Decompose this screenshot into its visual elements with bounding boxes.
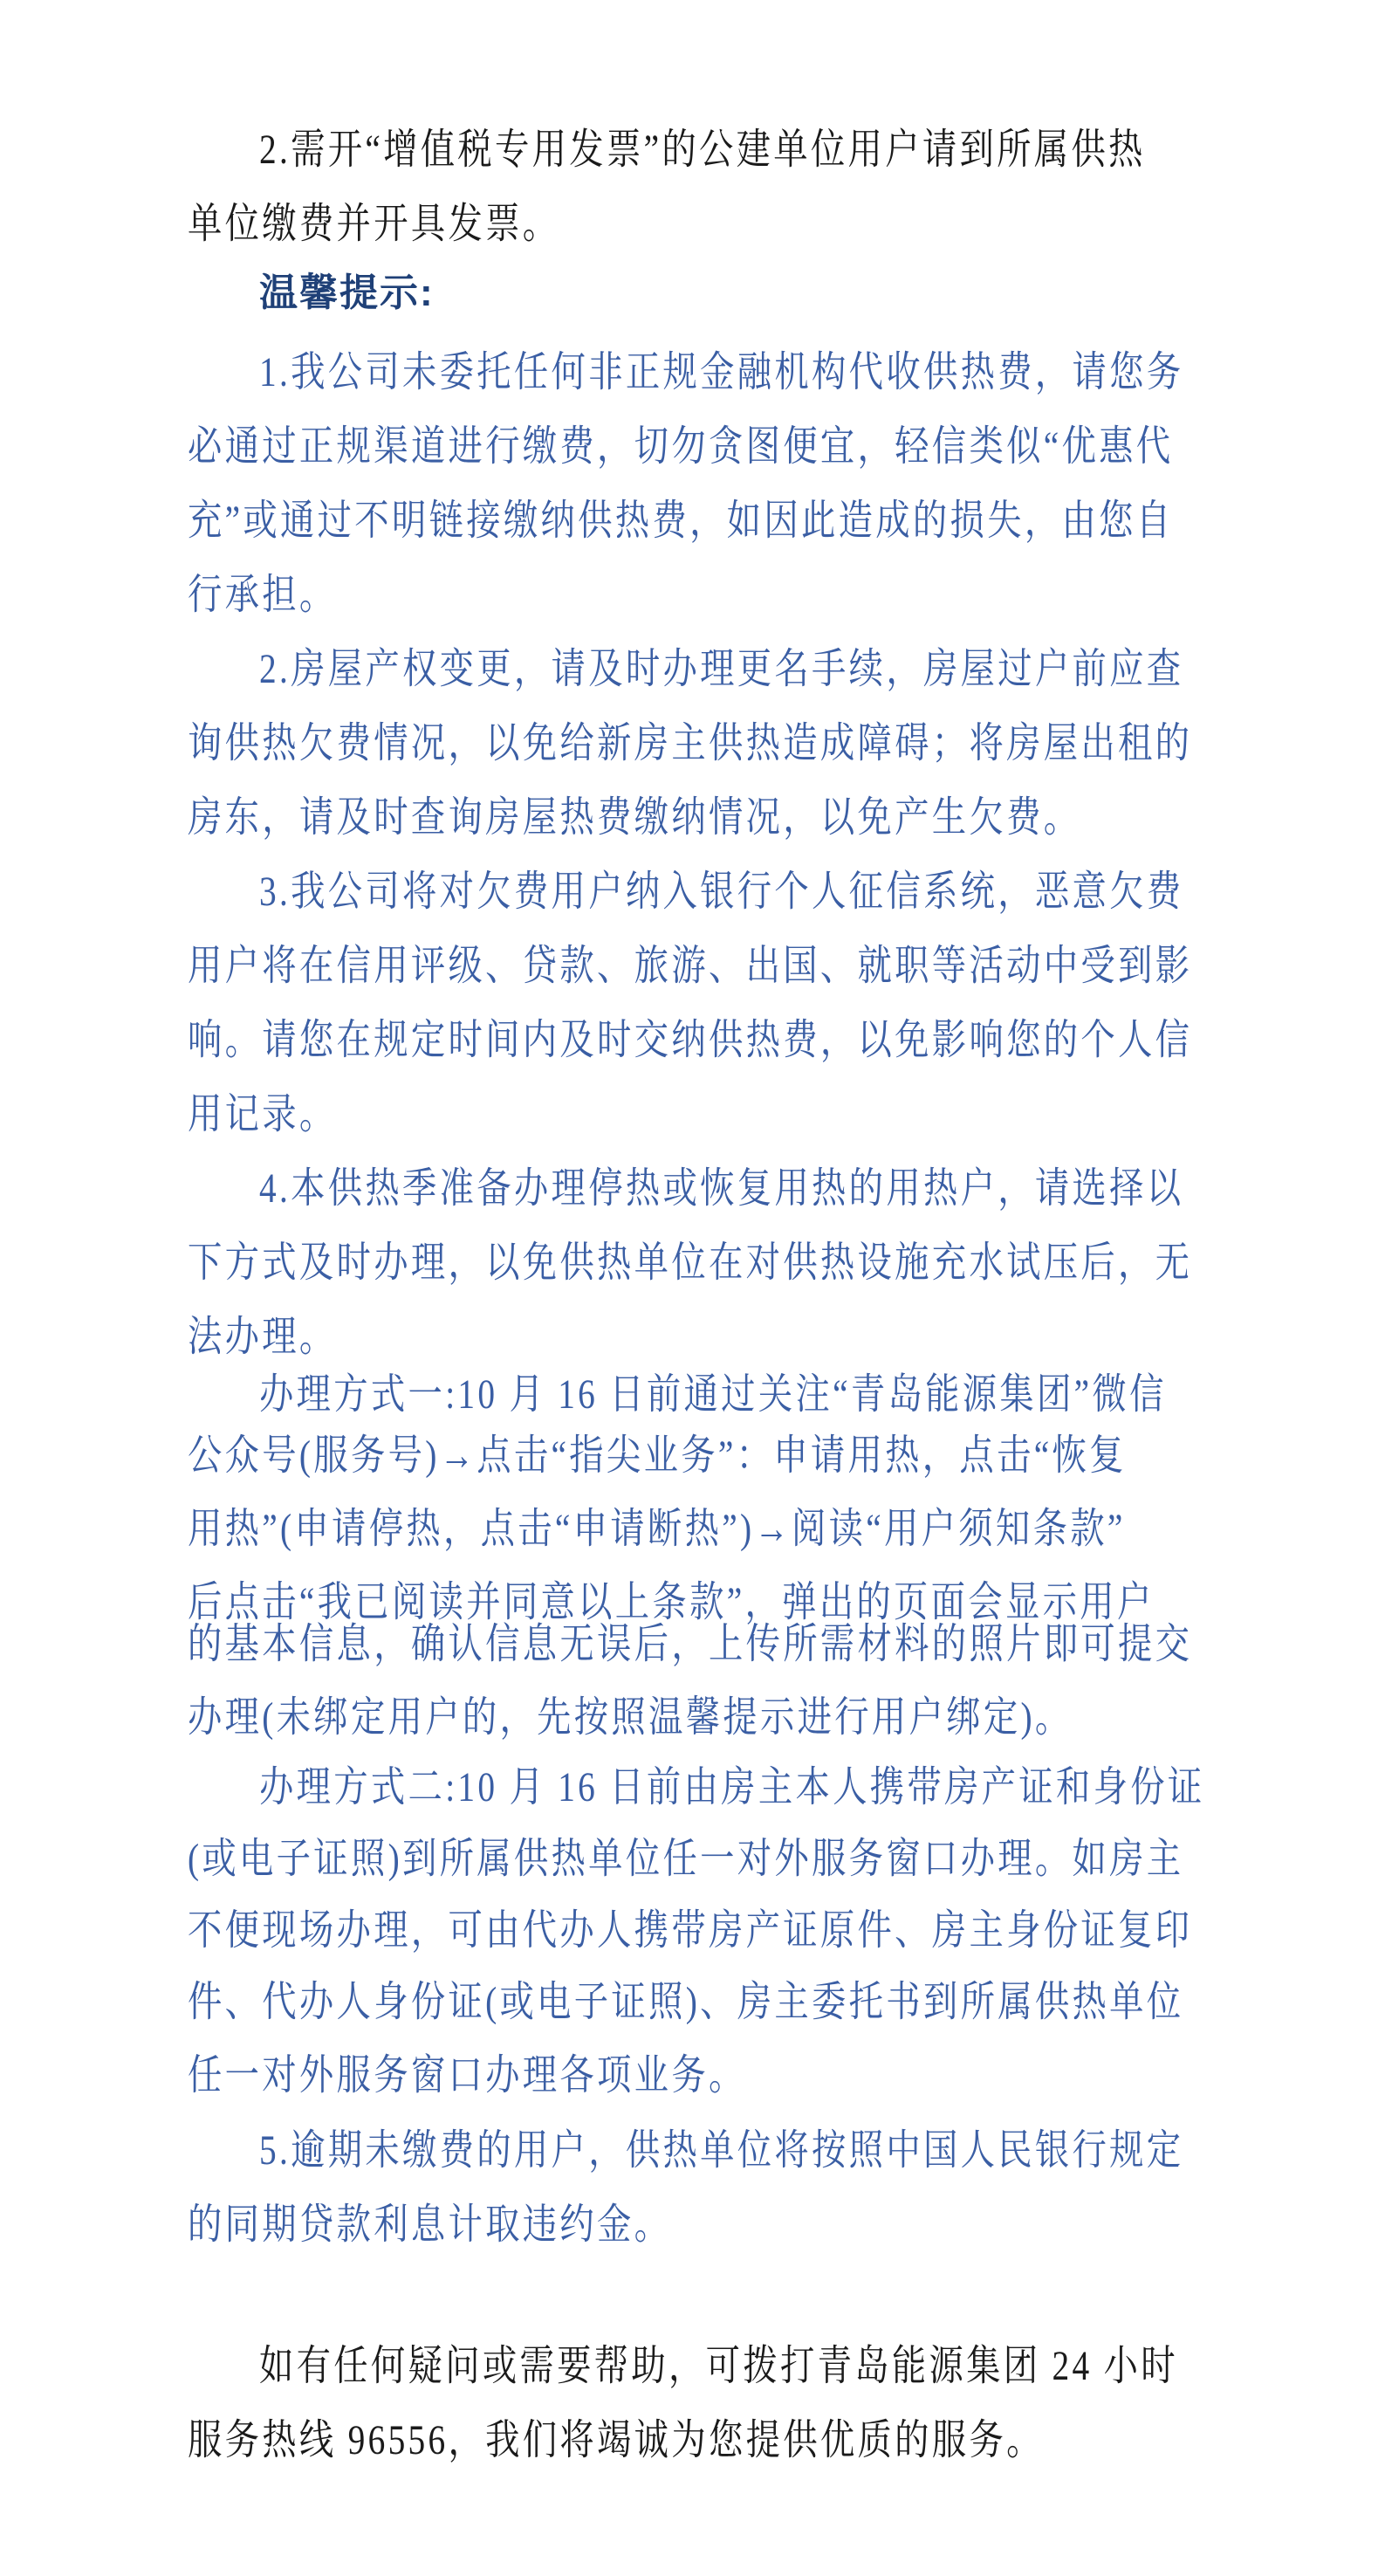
text-line: 如有任何疑问或需要帮助，可拨打青岛能源集团 24 小时 bbox=[259, 2346, 1178, 2387]
text-line: 的基本信息，确认信息无误后，上传所需材料的照片即可提交 bbox=[188, 1624, 1192, 1666]
text-line: 服务热线 96556，我们将竭诚为您提供优质的服务。 bbox=[188, 2420, 1044, 2462]
text-line: 充”或通过不明链接缴纳供热费，如因此造成的损失，由您自 bbox=[188, 500, 1173, 542]
text-line: 公众号(服务号)→点击“指尖业务”：申请用热，点击“恢复 bbox=[188, 1435, 1127, 1477]
text-line: 后点击“我已阅读并同意以上条款”，弹出的页面会显示用户 bbox=[188, 1582, 1155, 1624]
text-line: (或电子证照)到所属供热单位任一对外服务窗口办理。如房主 bbox=[188, 1838, 1183, 1880]
text-line: 用记录。 bbox=[188, 1094, 337, 1136]
text-line: 5.逾期未缴费的用户，供热单位将按照中国人民银行规定 bbox=[259, 2130, 1183, 2172]
text-line: 办理方式一:10 月 16 日前通过关注“青岛能源集团”微信 bbox=[259, 1374, 1167, 1416]
text-line: 下方式及时办理，以免供热单位在对供热设施充水试压后，无 bbox=[188, 1242, 1192, 1284]
text-line: 用热”(申请停热，点击“申请断热”)→阅读“用户须知条款” bbox=[188, 1508, 1126, 1550]
text-line: 用户将在信用评级、贷款、旅游、出国、就职等活动中受到影 bbox=[188, 945, 1192, 987]
text-line: 任一对外服务窗口办理各项业务。 bbox=[188, 2055, 746, 2097]
text-line: 的同期贷款利息计取违约金。 bbox=[188, 2204, 671, 2246]
text-line: 4.本供热季准备办理停热或恢复用热的用热户，请选择以 bbox=[259, 1168, 1183, 1210]
text-line: 房东，请及时查询房屋热费缴纳情况，以免产生欠费。 bbox=[188, 797, 1080, 839]
document-page: 2.需开“增值税专用发票”的公建单位用户请到所属供热 单位缴费并开具发票。 温馨… bbox=[0, 0, 1385, 2576]
text-line: 2.需开“增值税专用发票”的公建单位用户请到所属供热 bbox=[259, 129, 1146, 171]
text-line: 办理(未绑定用户的，先按照温馨提示进行用户绑定)。 bbox=[188, 1697, 1073, 1739]
text-line: 响。请您在规定时间内及时交纳供热费，以免影响您的个人信 bbox=[188, 1020, 1192, 1061]
text-line: 2.房屋产权变更，请及时办理更名手续，房屋过户前应查 bbox=[259, 649, 1183, 690]
text-line: 办理方式二:10 月 16 日前由房主本人携带房产证和身份证 bbox=[259, 1767, 1205, 1809]
text-line: 单位缴费并开具发票。 bbox=[188, 203, 559, 245]
text-line: 不便现场办理，可由代办人携带房产证原件、房主身份证复印 bbox=[188, 1910, 1192, 1952]
text-line: 行承担。 bbox=[188, 574, 337, 616]
text-line: 询供热欠费情况，以免给新房主供热造成障碍；将房屋出租的 bbox=[188, 723, 1192, 765]
text-line: 件、代办人身份证(或电子证照)、房主委托书到所属供热单位 bbox=[188, 1982, 1183, 2023]
text-line: 1.我公司未委托任何非正规金融机构代收供热费，请您务 bbox=[259, 352, 1183, 394]
text-line: 法办理。 bbox=[188, 1316, 337, 1358]
text-line: 3.我公司将对欠费用户纳入银行个人征信系统，恶意欠费 bbox=[259, 871, 1183, 913]
section-heading: 温馨提示: bbox=[259, 274, 435, 313]
text-line: 必通过正规渠道进行缴费，切勿贪图便宜，轻信类似“优惠代 bbox=[188, 426, 1173, 468]
